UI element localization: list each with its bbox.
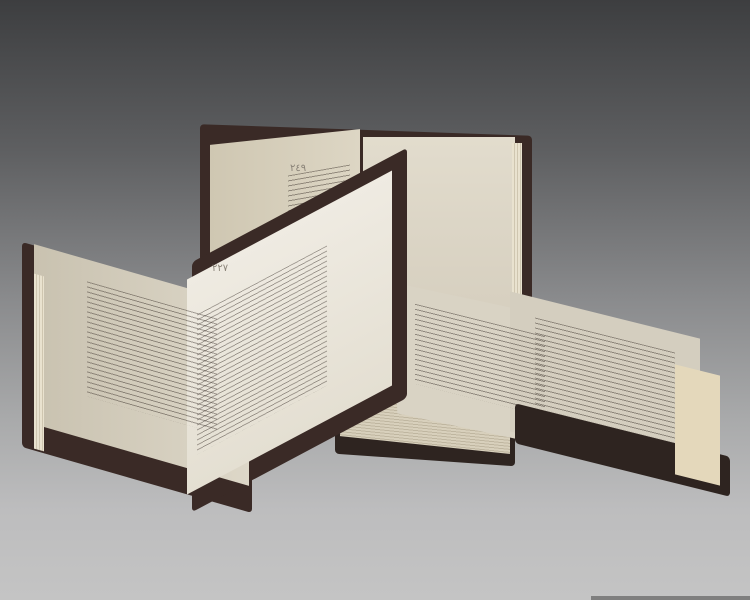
bottom-bar — [591, 596, 750, 600]
front-left-book: ٢٢٧ — [22, 205, 407, 490]
photo-scene: ٢٤٩ ٢٢٧ — [0, 0, 750, 600]
folio-number: ٢٤٩ — [290, 163, 306, 174]
folio-number: ٢٢٧ — [212, 263, 228, 274]
